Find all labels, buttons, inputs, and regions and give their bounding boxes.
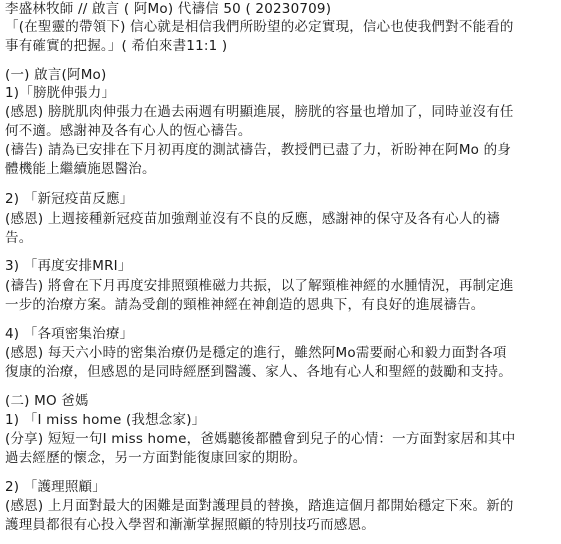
item-line: 護理員都很有心投入學習和漸漸掌握照顧的特別技巧而感恩。 <box>5 516 375 535</box>
item-title: 2) 「新冠疫苗反應」 <box>5 190 133 209</box>
item-line: 過去經歷的懷念，另一方面對能復康回家的期盼。 <box>5 449 306 468</box>
item-line: (感恩) 膀胱肌肉伸張力在過去兩週有明顯進展，膀胱的容量也增加了，同時並沒有任 <box>5 103 514 122</box>
section-heading-1: (一) 啟言(阿Mo) <box>5 66 106 85</box>
item-title: 1)「膀胱伸張力」 <box>5 84 115 103</box>
item-line: (禱告) 請為已安排在下月初再度的測試禱告，教授們已盡了力，祈盼神在阿Mo 的身 <box>5 141 511 160</box>
item-line: (感恩) 上月面對最大的困難是面對護理員的替換，踏進這個月都開始穩定下來。新的 <box>5 497 514 516</box>
item-title: 3) 「再度安排MRI」 <box>5 257 132 276</box>
item-line: 體機能上繼續施恩醫治。 <box>5 160 156 179</box>
item-line: (感恩) 上週接種新冠疫苗加強劑並沒有不良的反應，感謝神的保守及各有心人的禱 <box>5 210 500 229</box>
item-line: (感恩) 每天六小時的密集治療仍是穩定的進行，雖然阿Mo需要耐心和毅力面對各項 <box>5 344 507 363</box>
scripture-line-1: 「(在聖靈的帶領下) 信心就是相信我們所盼望的必定實現，信心也使我們對不能看的 <box>5 18 514 37</box>
item-title: 1) 「I miss home (我想念家)」 <box>5 411 205 430</box>
item-line: 告。 <box>5 229 32 248</box>
item-title: 4) 「各項密集治療」 <box>5 325 133 344</box>
scripture-line-2: 事有確實的把握。」( 希伯來書11:1 ) <box>5 37 227 56</box>
item-line: (分享) 短短一句I miss home，爸媽聽後都體會到兒子的心情：一方面對家… <box>5 430 515 449</box>
item-title: 2) 「護理照顧」 <box>5 478 106 497</box>
item-line: 何不適。感謝神及各有心人的恆心禱告。 <box>5 122 252 141</box>
letter-title: 李盛林牧師 // 啟言 ( 阿Mo) 代禱信 50 ( 20230709) <box>5 0 331 19</box>
item-line: 一步的治療方案。請為受創的頸椎神經在神創造的恩典下，有良好的進展禱告。 <box>5 296 485 315</box>
item-line: 復康的治療，但感恩的是同時經歷到醫護、家人、各地有心人和聖經的鼓勵和支持。 <box>5 363 512 382</box>
section-heading-2: (二) MO 爸媽 <box>5 392 89 411</box>
item-line: (禱告) 將會在下月再度安排照頸椎磁力共振，以了解頸椎神經的水腫情況，再制定進 <box>5 277 514 296</box>
